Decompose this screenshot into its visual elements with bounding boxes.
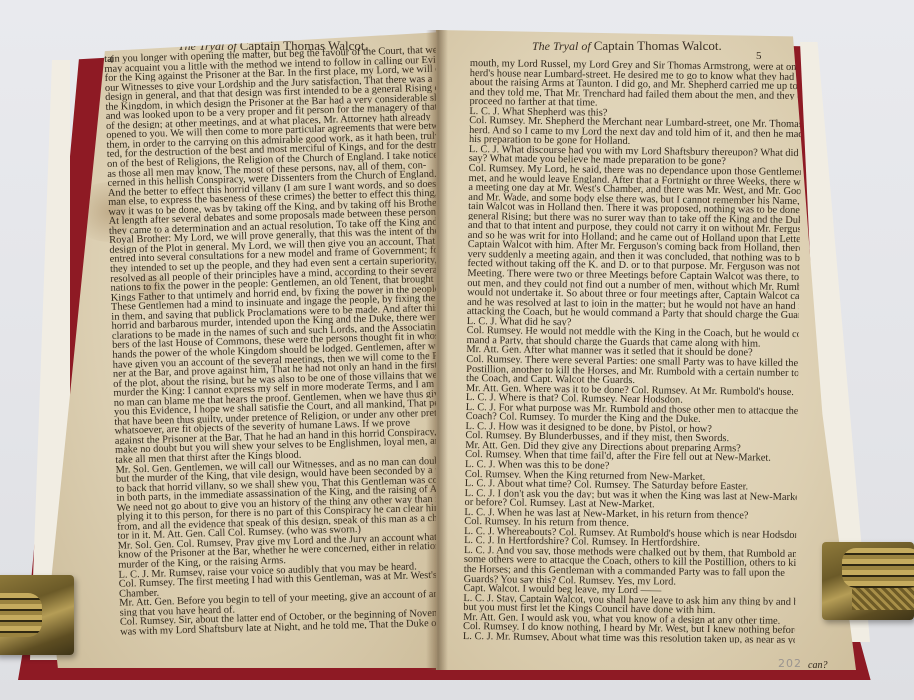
brass-hand-fingers: [842, 548, 914, 588]
catchword-right: can?: [808, 660, 827, 670]
pencil-annotation: 202: [778, 657, 802, 670]
page-weight-left[interactable]: [0, 575, 74, 655]
brass-hand-fingers: [0, 593, 42, 637]
gutter-shadow: [426, 30, 448, 670]
right-page: 5 The Tryal of Captain Thomas Walcot. mo…: [436, 30, 856, 670]
brass-hand-cuff: [852, 588, 914, 610]
text-block-left: tain you longer with opening the matter,…: [104, 45, 442, 637]
page-weight-right[interactable]: [822, 542, 914, 620]
running-head-right: The Tryal of Captain Thomas Walcot.: [532, 38, 722, 54]
text-block-right: mouth, my Lord Russel, my Lord Grey and …: [463, 58, 802, 644]
left-page: 4 The Tryal of Captain Thomas Walcot. ta…: [50, 32, 442, 668]
folio-right: 5: [756, 50, 762, 62]
